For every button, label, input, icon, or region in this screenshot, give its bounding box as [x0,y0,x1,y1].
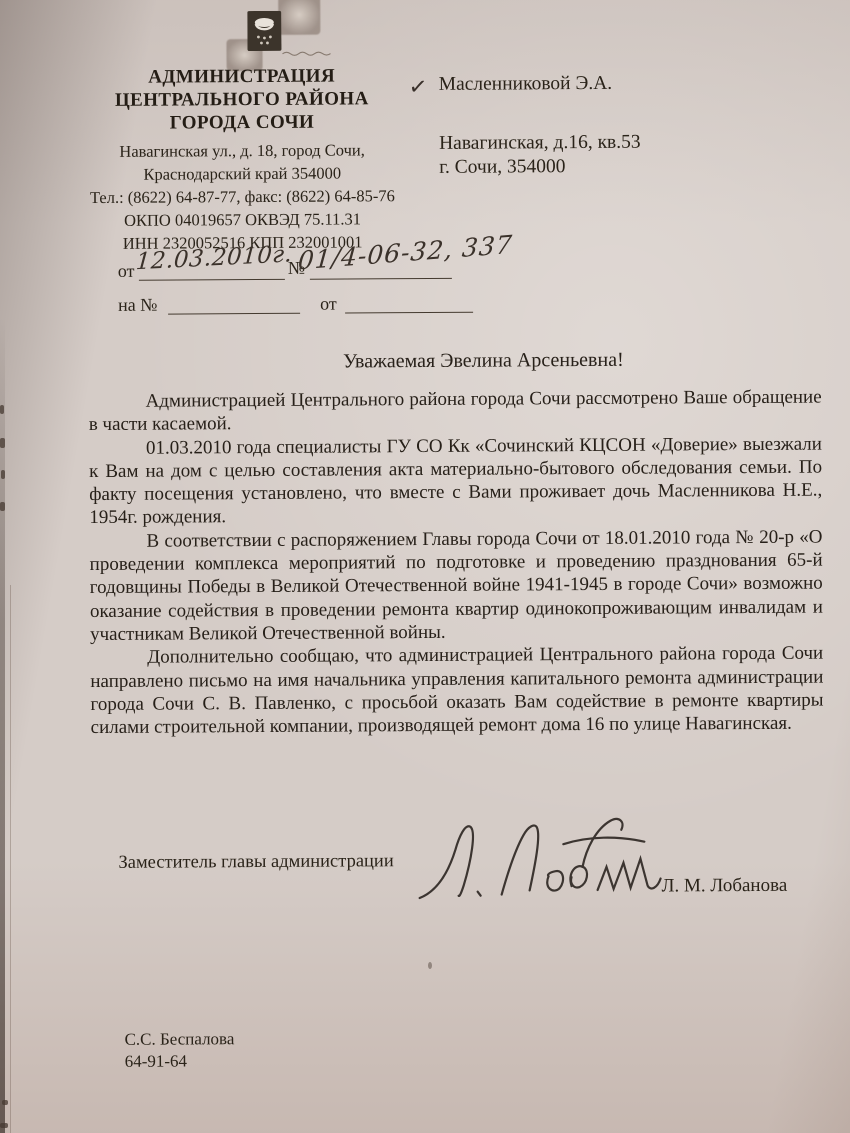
org-name-line: ЦЕНТРАЛЬНОГО РАЙОНА [49,87,435,112]
body-paragraph: В соответствии с распоряжением Главы гор… [89,525,823,646]
recipient-address-line-1: Навагинская, д.16, кв.53 [439,132,641,155]
letterhead-address-line: ОКПО 04019657 ОКВЭД 75.11.31 [49,207,435,232]
emblem-icon [247,11,281,51]
executor-block: С.С. Беспалова 64-91-64 [124,1028,234,1073]
executor-phone: 64-91-64 [125,1050,235,1073]
page-edge-artifact [0,438,5,448]
body-paragraph: Дополнительно сообщаю, что администрацие… [90,642,824,740]
signature-name: Л. М. Лобанова [662,875,788,898]
letterhead-address: Навагинская ул., д. 18, город Сочи, Крас… [49,138,436,255]
letterhead-emblem-area [224,0,344,71]
signature-title: Заместитель главы администрации [118,851,393,874]
page-edge-artifact [0,502,5,511]
paper-edge-line [10,585,11,1133]
letterhead: АДМИНИСТРАЦИЯ ЦЕНТРАЛЬНОГО РАЙОНА ГОРОДА… [49,64,436,255]
ref-number-underline [310,278,452,280]
executor-name: С.С. Беспалова [124,1028,234,1051]
ref-date-underline [139,279,285,281]
org-name-line: АДМИНИСТРАЦИЯ [49,64,435,89]
letterhead-address-line: Навагинская ул., д. 18, город Сочи, [49,138,435,163]
photo-left-edge [0,0,5,1133]
letterhead-address-line: Тел.: (8622) 64-87-77, факс: (8622) 64-8… [49,184,435,209]
page-edge-artifact [0,405,4,414]
page-edge-artifact [2,1100,8,1105]
recipient-name: Масленниковой Э.А. [439,73,613,96]
reply-from-label: от [320,294,337,315]
page-edge-artifact [1,470,5,479]
stamp-smudge [278,0,320,35]
recipient-address-line-2: г. Сочи, 354000 [439,156,565,179]
page-edge-artifact [428,962,432,969]
body-paragraph: Администрацией Центрального района город… [89,386,822,437]
salutation: Уважаемая Эвелина Арсеньевна! [158,348,808,375]
page-edge-artifact [0,1123,8,1128]
scanned-letter-photo: АДМИНИСТРАЦИЯ ЦЕНТРАЛЬНОГО РАЙОНА ГОРОДА… [0,0,850,1133]
reply-number-underline [168,313,300,315]
signature-scrawl [413,811,669,913]
org-name-line: ГОРОДА СОЧИ [49,110,435,135]
letter-page: АДМИНИСТРАЦИЯ ЦЕНТРАЛЬНОГО РАЙОНА ГОРОДА… [0,0,850,1133]
reply-from-underline [345,312,473,314]
letter-body: Администрацией Центрального района город… [89,386,824,740]
reply-number-label: на № [118,295,157,316]
ref-from-label: от [118,261,135,282]
letterhead-address-line: Краснодарский край 354000 [49,161,435,186]
body-paragraph: 01.03.2010 года специалисты ГУ СО Кк «Со… [89,432,823,530]
pen-squiggle-mark [281,49,337,58]
checkmark-icon: ✓ [407,73,428,101]
